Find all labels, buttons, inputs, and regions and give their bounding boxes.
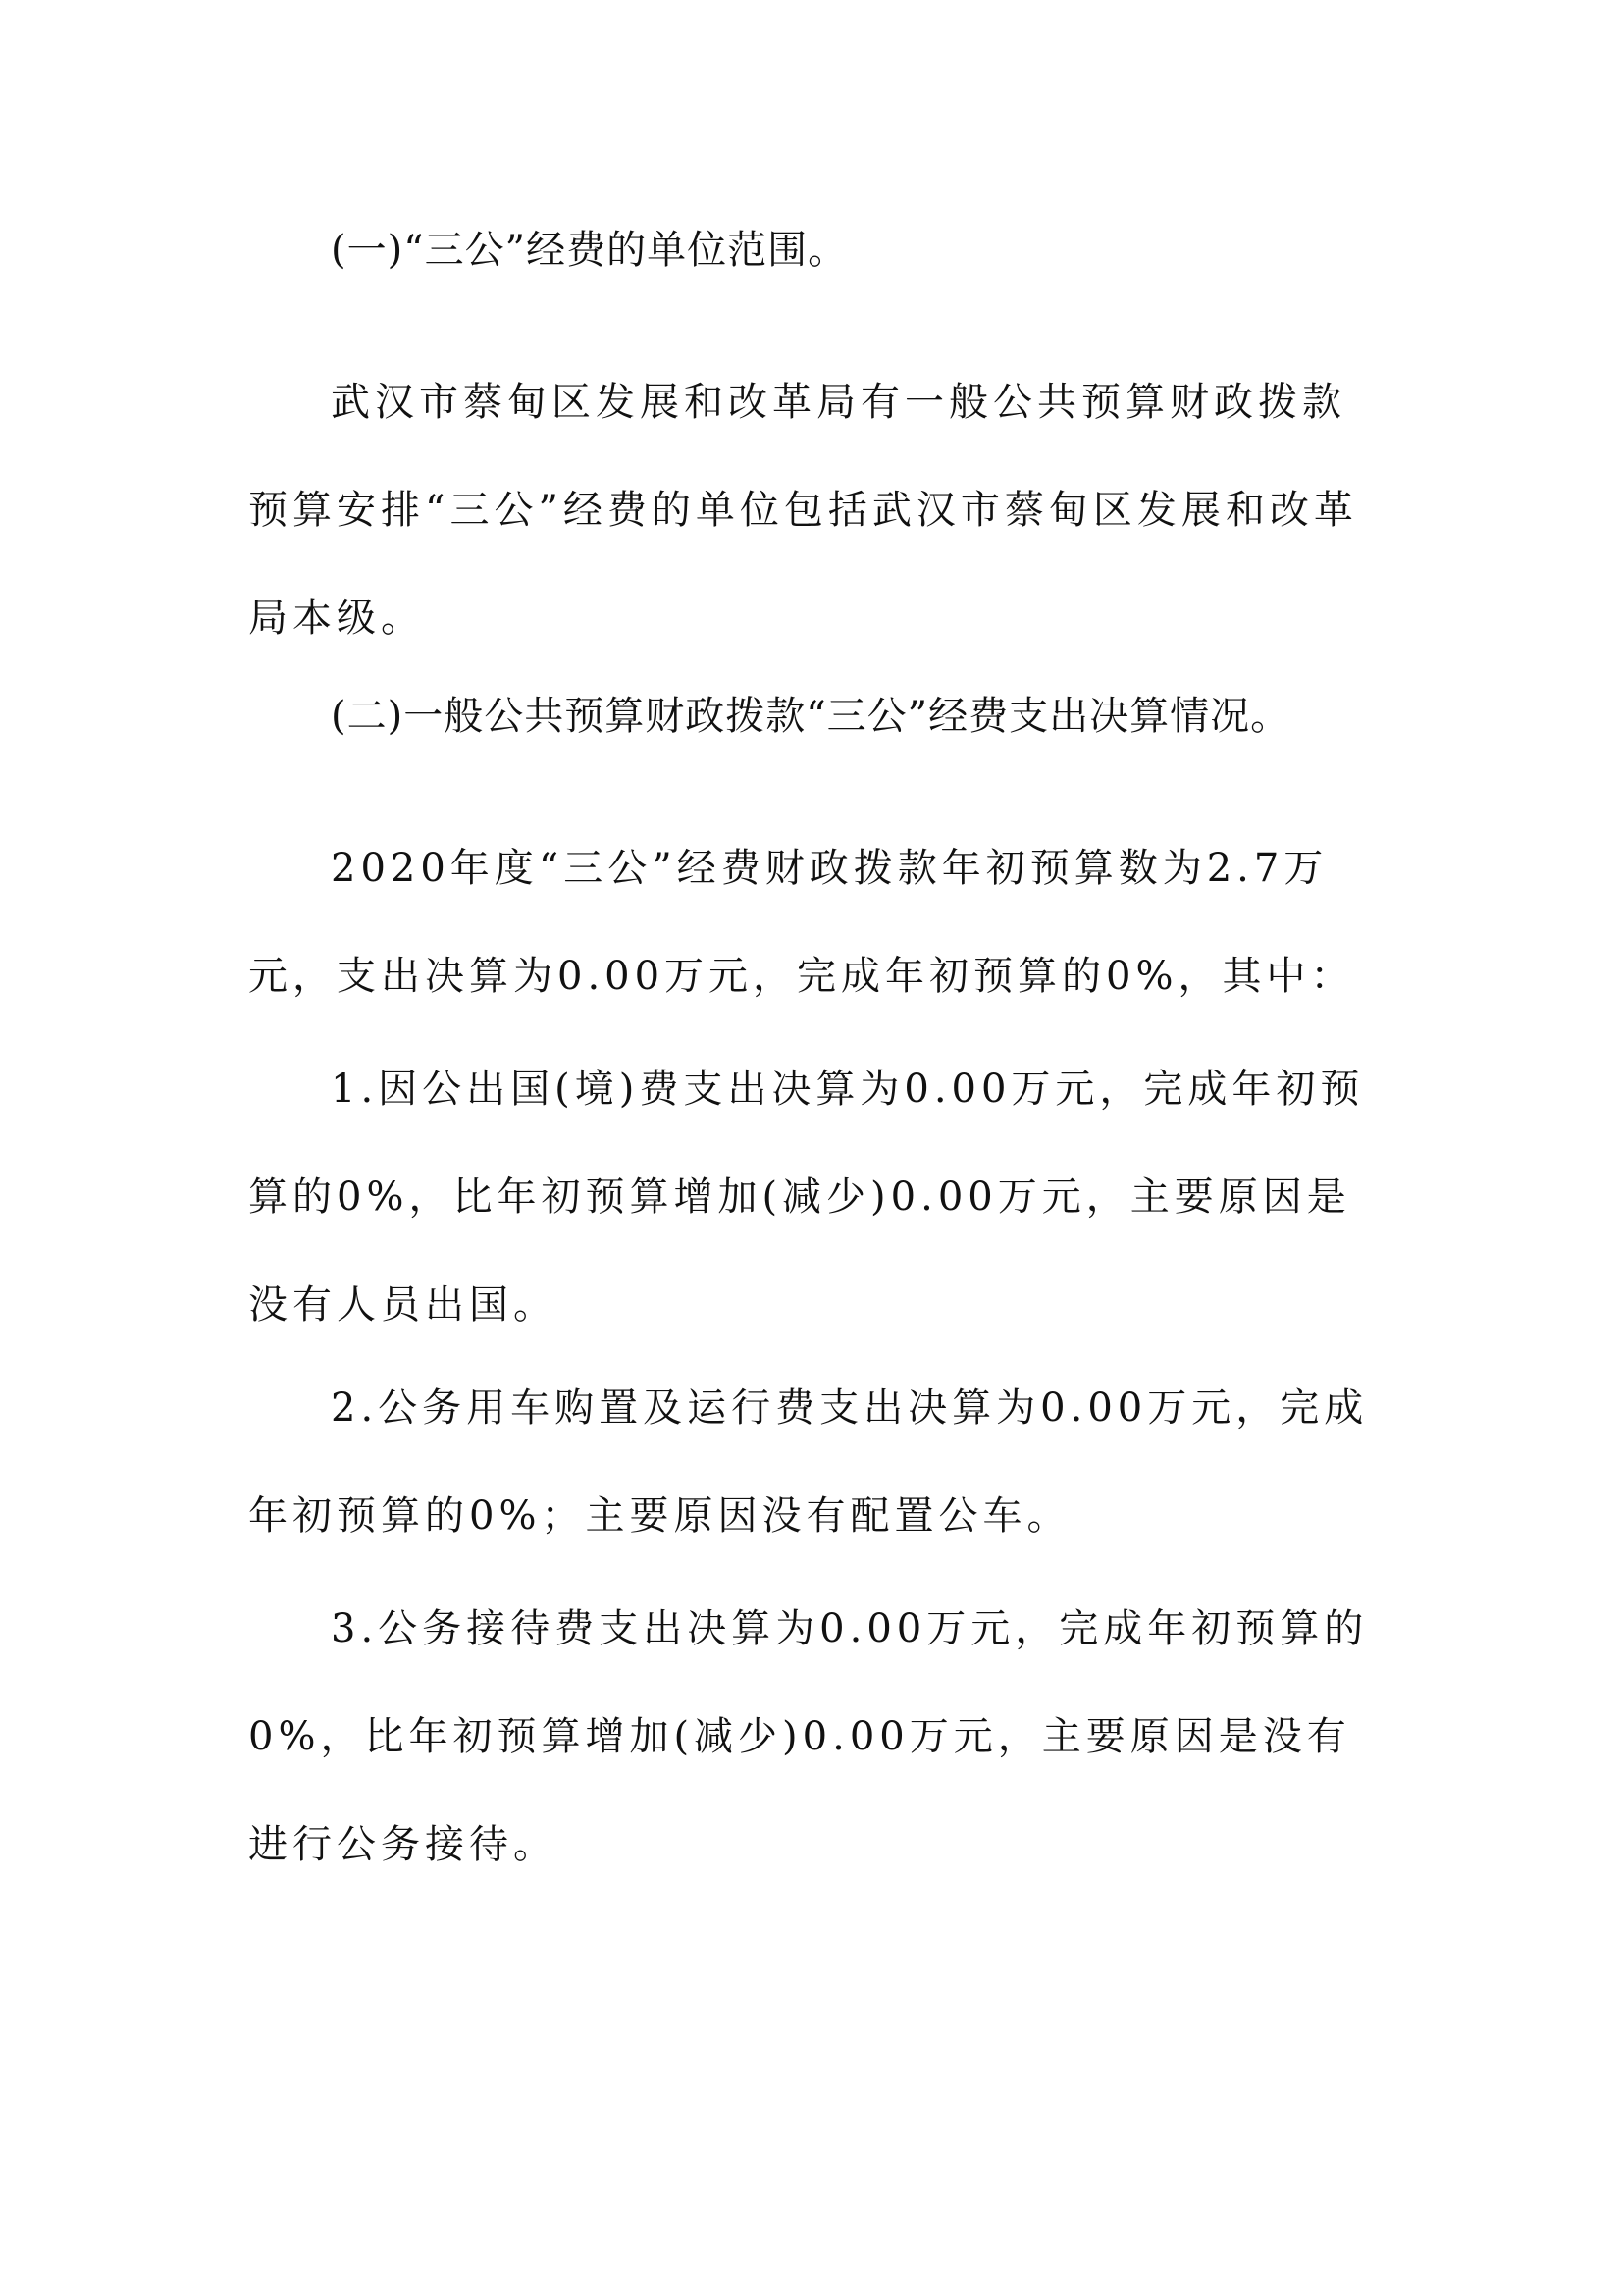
document-page: (一)“三公”经费的单位范围。 武汉市蔡甸区发展和改革局有一般公共预算财政拨款预… xyxy=(0,0,1624,2296)
paragraph-overseas-travel: 1.因公出国(境)费支出决算为0.00万元，完成年初预算的0%，比年初预算增加(… xyxy=(248,1035,1377,1359)
paragraph-budget-summary: 2020年度“三公”经费财政拨款年初预算数为2.7万元，支出决算为0.00万元，… xyxy=(248,814,1377,1030)
section-heading-expenditure: (二)一般公共预算财政拨款“三公”经费支出决算情况。 xyxy=(248,662,1377,770)
paragraph-official-vehicles: 2.公务用车购置及运行费支出决算为0.00万元，完成年初预算的0%；主要原因没有… xyxy=(248,1354,1377,1570)
paragraph-unit-scope: 武汉市蔡甸区发展和改革局有一般公共预算财政拨款预算安排“三公”经费的单位包括武汉… xyxy=(248,348,1377,672)
paragraph-official-reception: 3.公务接待费支出决算为0.00万元，完成年初预算的0%，比年初预算增加(减少)… xyxy=(248,1575,1377,1899)
section-heading-scope: (一)“三公”经费的单位范围。 xyxy=(248,196,1377,304)
